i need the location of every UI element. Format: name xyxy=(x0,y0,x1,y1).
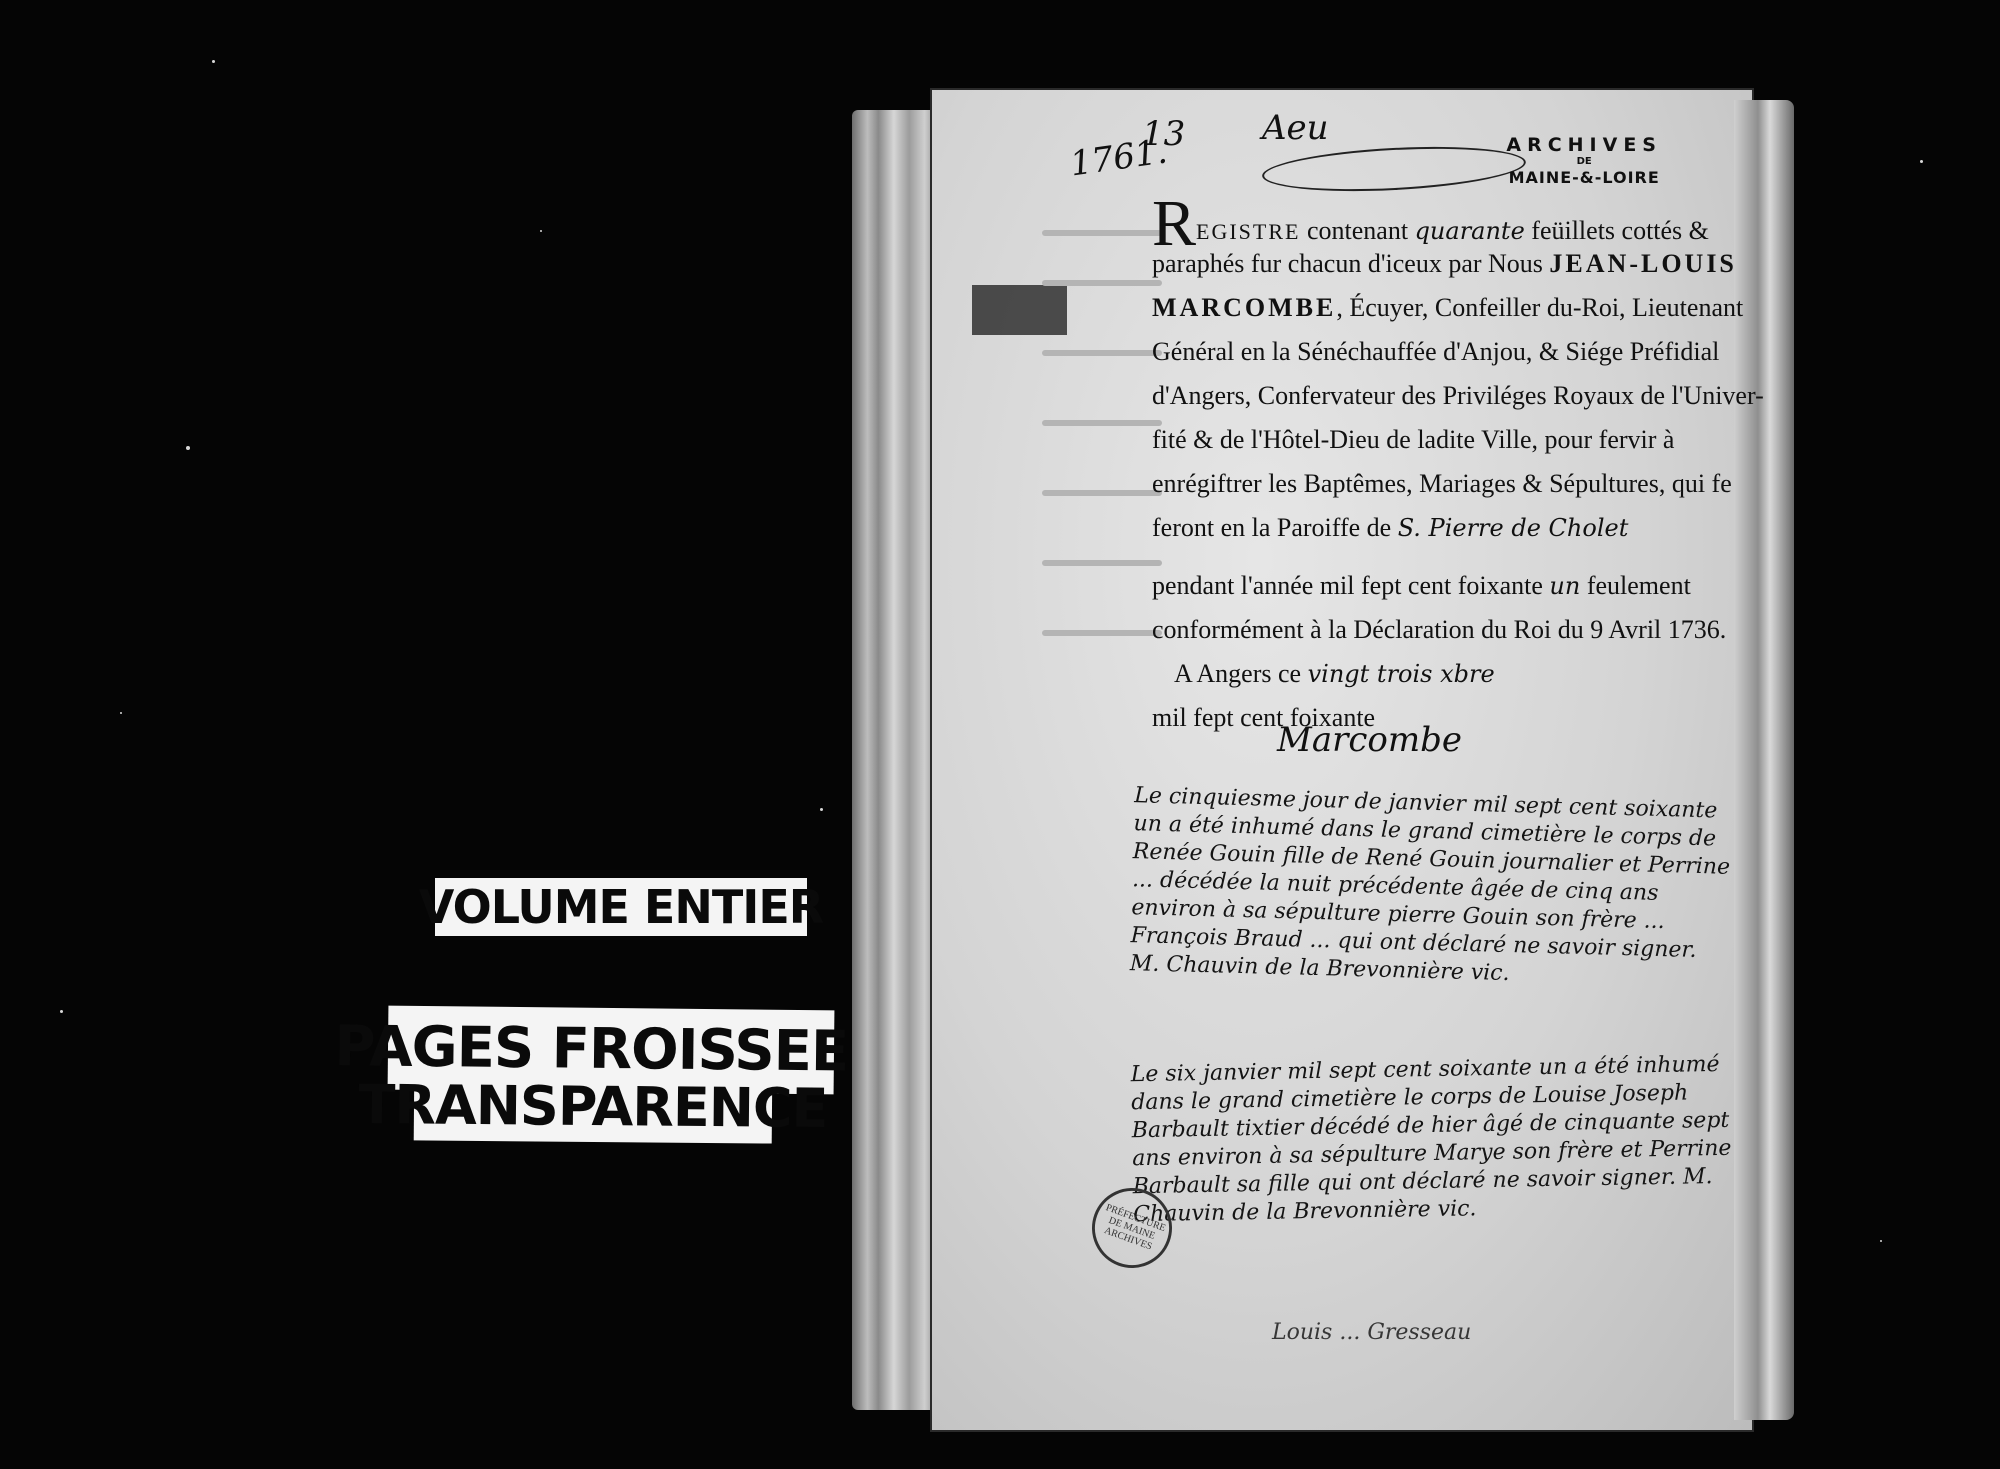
folio-number: 13 xyxy=(1142,114,1185,154)
title-line-4: Général en la Sénéchauffée d'Anjou, & Si… xyxy=(1152,330,1632,374)
archives-header: ARCHIVES DE MAINE-&-LOIRE xyxy=(1506,134,1662,187)
archives-line2: DE xyxy=(1506,156,1662,168)
label-volume-entier: VOLUME ENTIER xyxy=(435,878,807,936)
printed-title-block: REGISTRE contenant quarante feüillets co… xyxy=(1152,198,1632,740)
title-line-9: pendant l'année mil fept cent foixante u… xyxy=(1152,564,1632,608)
title-line-11: A Angers ce vingt trois xbre xyxy=(1152,652,1632,696)
archives-line3: MAINE-&-LOIRE xyxy=(1506,168,1662,187)
register-volume: 1761. 13 Aeu ARCHIVES DE MAINE-&-LOIRE R… xyxy=(852,90,1752,1430)
archives-line1: ARCHIVES xyxy=(1506,134,1662,156)
title-line-10: conformément à la Déclaration du Roi du … xyxy=(1152,608,1632,652)
page-tab xyxy=(972,285,1067,335)
title-line-6: fité & de l'Hôtel-Dieu de ladite Ville, … xyxy=(1152,418,1632,462)
title-line-8: feront en la Paroiffe de S. Pierre de Ch… xyxy=(1152,506,1632,550)
title-line-7: enrégiftrer les Baptêmes, Mariages & Sép… xyxy=(1152,462,1632,506)
flourish-icon xyxy=(1261,141,1527,197)
title-line-2: paraphés fur chacun d'iceux par Nous JEA… xyxy=(1152,242,1632,286)
magistrate-signature: Marcombe xyxy=(1277,720,1462,760)
burial-entry-2: Le six janvier mil sept cent soixante un… xyxy=(1131,1051,1734,1229)
title-line-1: REGISTRE contenant quarante feüillets co… xyxy=(1152,198,1632,242)
bottom-bleedthrough-note: Louis ... Gresseau xyxy=(1272,1320,1471,1345)
register-title-page: 1761. 13 Aeu ARCHIVES DE MAINE-&-LOIRE R… xyxy=(932,90,1752,1430)
title-line-5: d'Angers, Confervateur des Priviléges Ro… xyxy=(1152,374,1632,418)
title-line-3: MARCOMBE, Écuyer, Confeiller du-Roi, Lie… xyxy=(1152,286,1632,330)
burial-entry-1: Le cinquiesme jour de janvier mil sept c… xyxy=(1130,782,1735,994)
label-transparence: TRANSPARENCE xyxy=(414,1070,773,1143)
folio-mark: Aeu xyxy=(1262,108,1329,148)
